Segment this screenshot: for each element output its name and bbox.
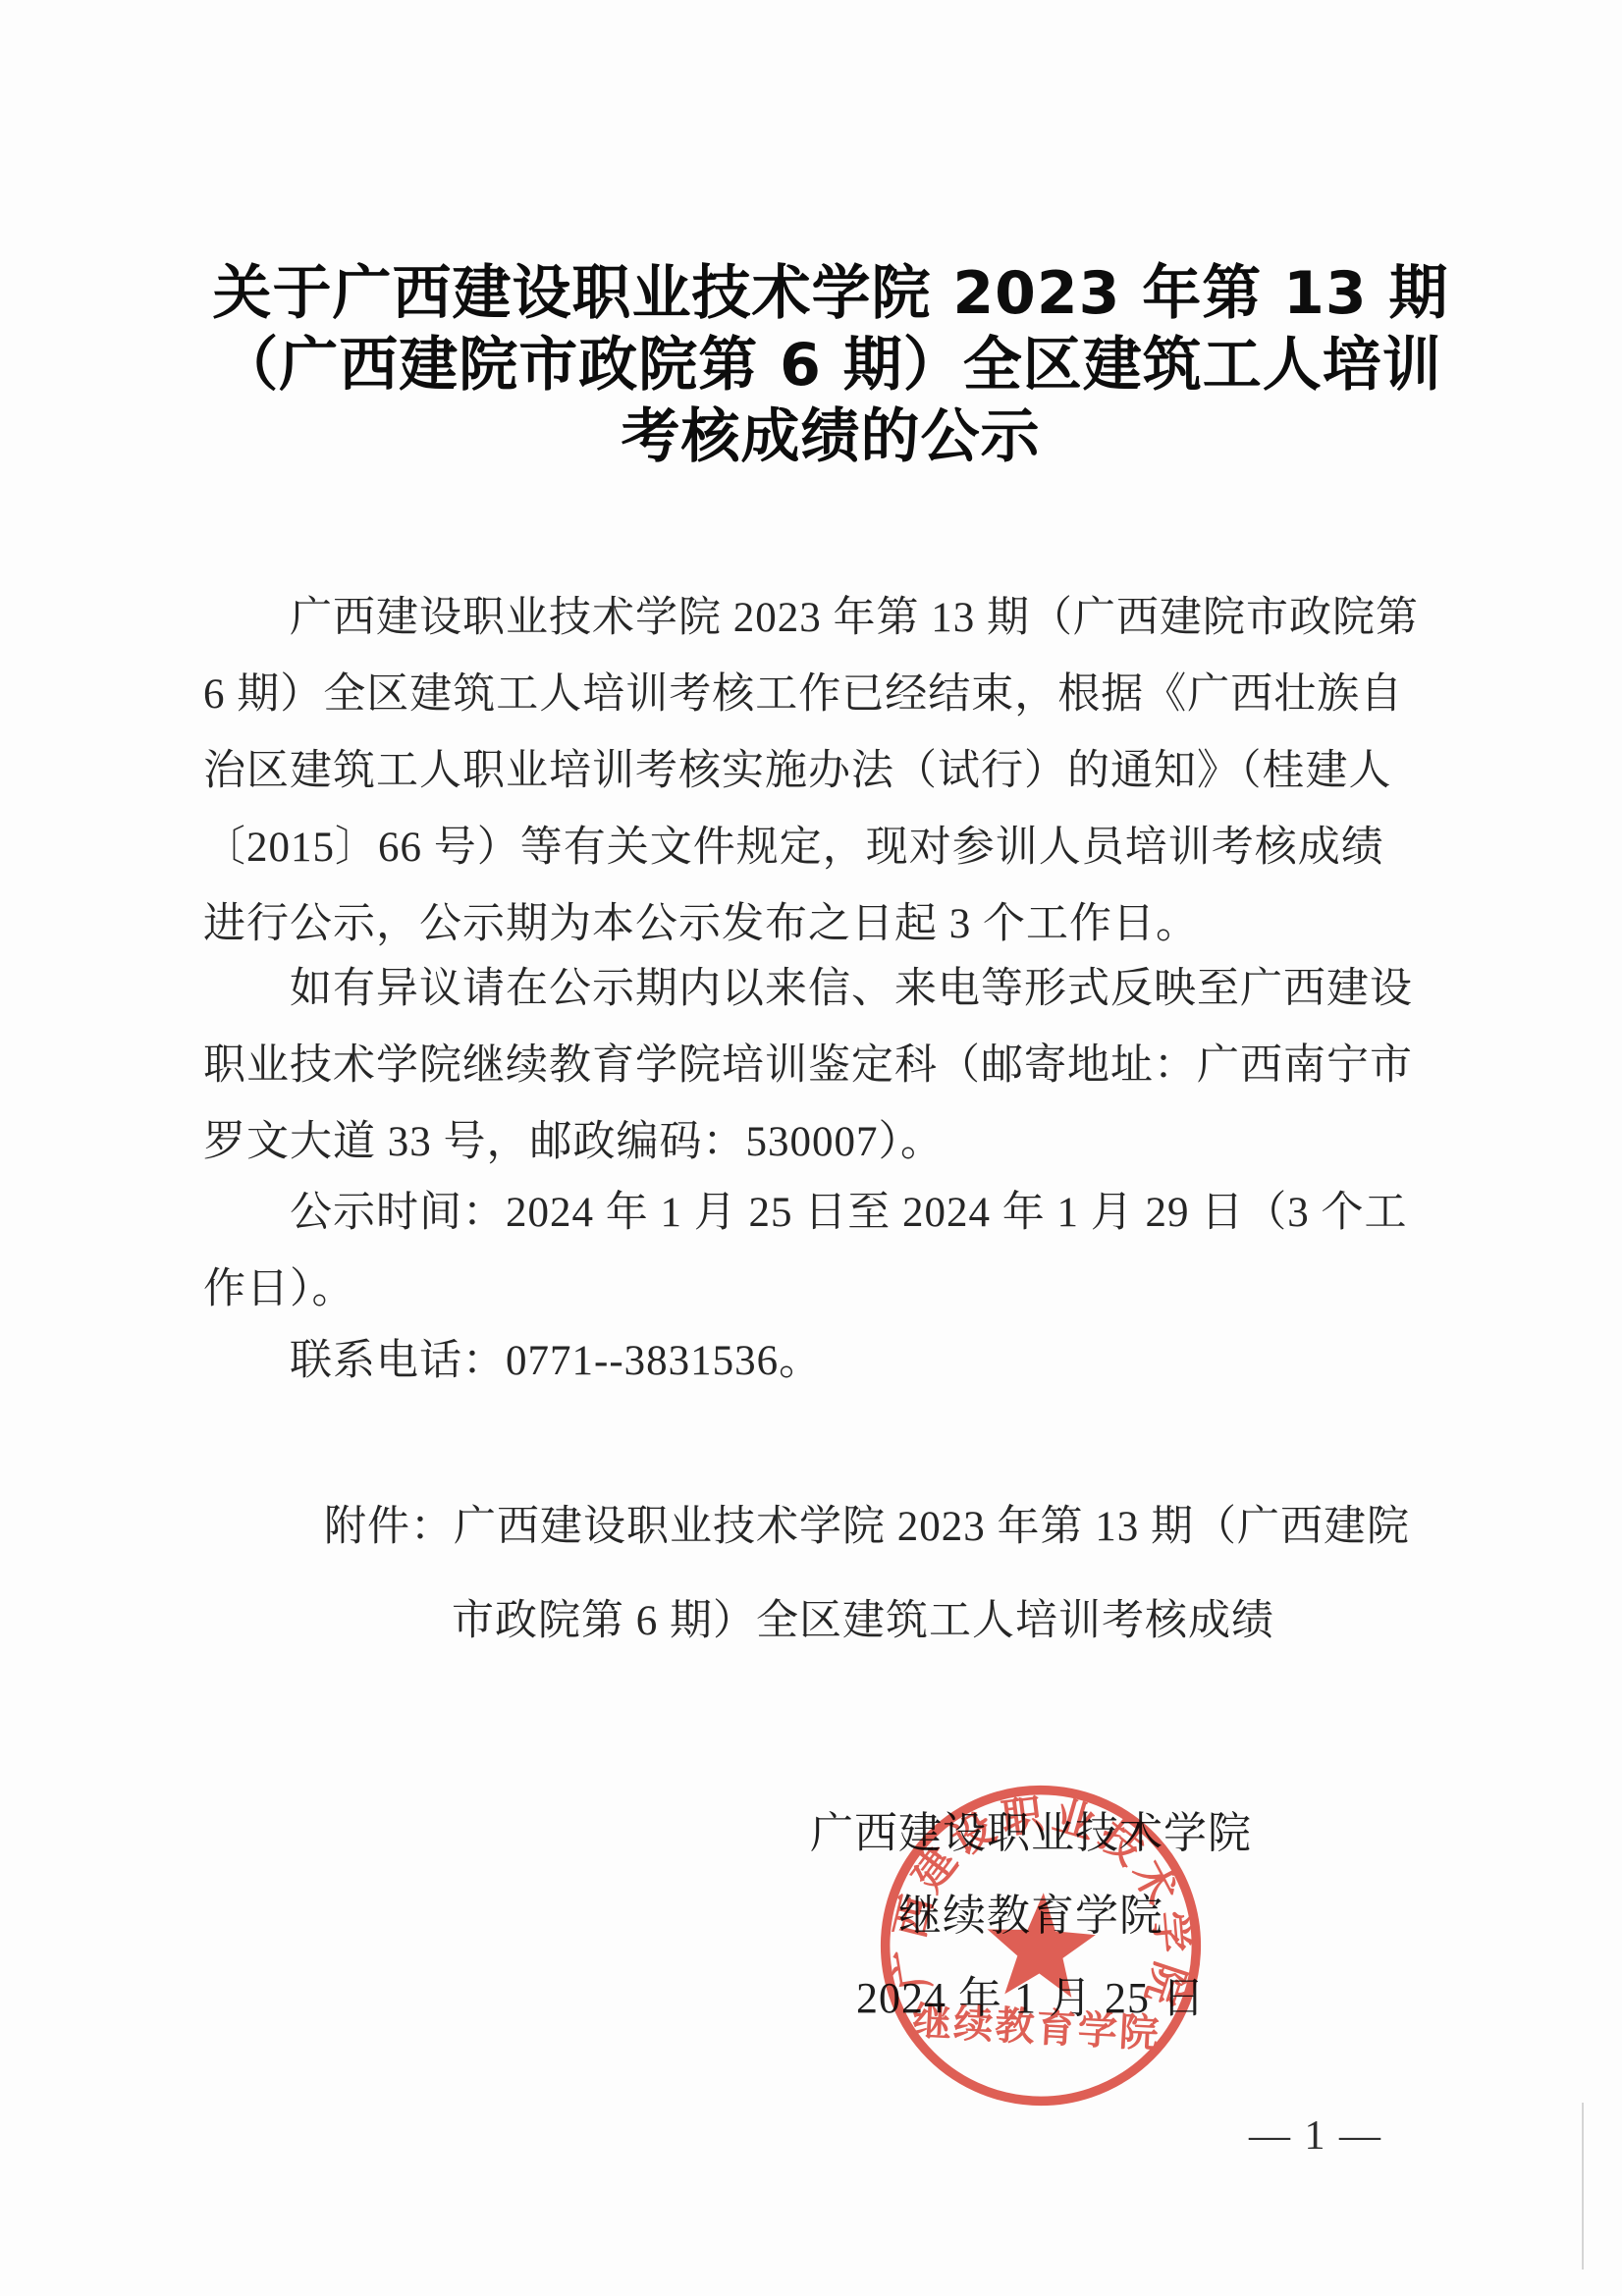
title-line-1: 关于广西建设职业技术学院 2023 年第 13 期 — [39, 258, 1622, 330]
body-paragraph-2: 如有异议请在公示期内以来信、来电等形式反映至广西建设 职业技术学院继续教育学院培… — [203, 951, 1435, 1181]
body-paragraph-1: 广西建设职业技术学院 2023 年第 13 期（广西建院市政院第 6 期）全区建… — [203, 580, 1435, 963]
attachment-note: 附件：广西建设职业技术学院 2023 年第 13 期（广西建院 市政院第 6 期… — [324, 1480, 1433, 1669]
page-number: — 1 — — [1222, 2112, 1409, 2160]
body-line: 联系电话：0771--3831536。 — [203, 1323, 1435, 1400]
attachment-line-2: 市政院第 6 期）全区建筑工人培训考核成绩 — [324, 1575, 1433, 1669]
signature-org-line-2: 继续教育学院 — [756, 1875, 1306, 1957]
signature-block: 广西建设职业技术学院 继续教育学院 2024 年 1 月 25 日 — [756, 1792, 1306, 2040]
body-line: 罗文大道 33 号，邮政编码：530007）。 — [203, 1104, 1435, 1181]
body-line: 职业技术学院继续教育学院培训鉴定科（邮寄地址：广西南宁市 — [203, 1028, 1435, 1104]
body-paragraph-4: 联系电话：0771--3831536。 — [203, 1323, 1435, 1400]
title-line-3: 考核成绩的公示 — [39, 401, 1622, 473]
body-line: 作日）。 — [203, 1252, 1435, 1328]
signature-org-line-1: 广西建设职业技术学院 — [756, 1792, 1306, 1875]
title-line-2: （广西建院市政院第 6 期）全区建筑工人培训 — [39, 330, 1622, 401]
body-line: 广西建设职业技术学院 2023 年第 13 期（广西建院市政院第 — [203, 580, 1435, 657]
document-title: 关于广西建设职业技术学院 2023 年第 13 期 （广西建院市政院第 6 期）… — [39, 258, 1622, 473]
scan-artifact-line — [1582, 2103, 1584, 2269]
body-line: 〔2015〕66 号）等有关文件规定，现对参训人员培训考核成绩 — [203, 810, 1435, 886]
attachment-line-1: 附件：广西建设职业技术学院 2023 年第 13 期（广西建院 — [324, 1480, 1433, 1575]
signature-date: 2024 年 1 月 25 日 — [756, 1957, 1306, 2040]
body-line: 如有异议请在公示期内以来信、来电等形式反映至广西建设 — [203, 951, 1435, 1028]
body-line: 公示时间：2024 年 1 月 25 日至 2024 年 1 月 29 日（3 … — [203, 1175, 1435, 1252]
scanned-notice-page: 关于广西建设职业技术学院 2023 年第 13 期 （广西建院市政院第 6 期）… — [0, 0, 1622, 2296]
body-paragraph-3: 公示时间：2024 年 1 月 25 日至 2024 年 1 月 29 日（3 … — [203, 1175, 1435, 1328]
body-line: 6 期）全区建筑工人培训考核工作已经结束，根据《广西壮族自 — [203, 657, 1435, 733]
body-line: 治区建筑工人职业培训考核实施办法（试行）的通知》（桂建人 — [203, 733, 1435, 810]
